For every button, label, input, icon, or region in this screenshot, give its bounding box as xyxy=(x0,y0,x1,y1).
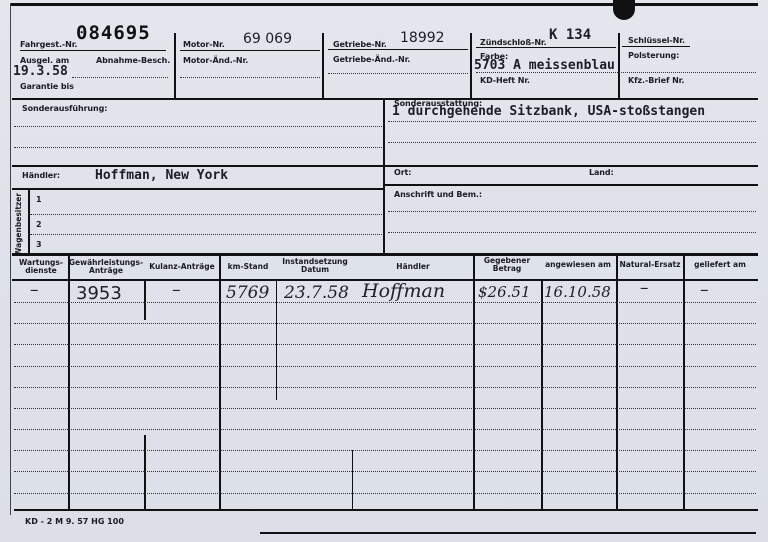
col-repair-date: Instandsetzung Datum xyxy=(278,258,352,274)
city-label: Ort: xyxy=(394,168,411,177)
bottom-rule xyxy=(260,532,756,534)
upholstery-label: Polsterung: xyxy=(628,51,679,60)
rule xyxy=(476,47,616,48)
ignition-label: Zündschloß-Nr. xyxy=(480,38,547,47)
rule xyxy=(180,50,320,51)
cell-dealer: Hoffman xyxy=(362,280,445,302)
divider xyxy=(12,165,758,167)
issued-date: 19.3.58 xyxy=(13,64,68,79)
cell-paid-on: 16.10.58 xyxy=(544,283,611,301)
dotted-rule xyxy=(14,302,756,303)
divider xyxy=(28,188,30,254)
left-border xyxy=(10,3,11,515)
divider xyxy=(174,33,176,99)
col-divider xyxy=(144,280,146,320)
owner-row-1: 1 xyxy=(36,195,41,204)
kd-booklet-label: KD-Heft Nr. xyxy=(480,76,530,85)
dotted-rule xyxy=(72,77,168,78)
registration-label: Kfz.-Brief Nr. xyxy=(628,76,684,85)
chassis-label: Fahrgest.-Nr. xyxy=(20,40,77,49)
vehicle-record-card: Fahrgest.-Nr. 084695 Ausgel. am Abnahme-… xyxy=(0,0,768,542)
col-dealer: Händler xyxy=(352,263,474,271)
gearbox-label: Getriebe-Nr. xyxy=(333,40,387,49)
dotted-rule xyxy=(14,147,382,148)
dotted-rule xyxy=(388,211,756,212)
dotted-rule xyxy=(14,344,756,345)
col-divider xyxy=(352,450,353,510)
divider xyxy=(12,188,384,190)
dotted-rule xyxy=(14,126,382,127)
special-version-label: Sonderausführung: xyxy=(22,104,107,113)
col-km: km-Stand xyxy=(220,263,276,271)
dotted-rule xyxy=(14,323,756,324)
key-label: Schlüssel-Nr. xyxy=(628,36,685,45)
warranty-label: Garantie bis xyxy=(20,82,74,91)
owner-row-2: 2 xyxy=(36,220,41,229)
divider xyxy=(12,253,758,256)
gearbox-number: 18992 xyxy=(400,30,445,46)
cell-service: – xyxy=(30,280,39,300)
divider xyxy=(12,98,758,100)
cell-km: 5769 xyxy=(226,283,269,303)
col-divider xyxy=(276,280,277,400)
color-value: 5703 A meissenblau xyxy=(474,58,615,73)
cell-warranty-claim: 3953 xyxy=(76,283,122,304)
cell-replacement: – xyxy=(640,278,649,298)
dotted-rule xyxy=(14,387,756,388)
col-service: Wartungs-dienste xyxy=(14,259,68,275)
engine-label: Motor-Nr. xyxy=(183,40,225,49)
col-divider xyxy=(541,280,543,510)
divider xyxy=(384,184,758,186)
cell-goodwill: – xyxy=(172,280,181,300)
dotted-rule xyxy=(388,142,756,143)
acceptance-label: Abnahme-Besch. xyxy=(96,56,170,65)
cell-repair-date: 23.7.58 xyxy=(284,283,349,303)
divider xyxy=(14,509,758,511)
country-label: Land: xyxy=(589,168,614,177)
col-amount: Gegebener Betrag xyxy=(474,257,540,273)
address-label: Anschrift und Bem.: xyxy=(394,190,482,199)
dotted-rule xyxy=(14,450,756,451)
dotted-rule xyxy=(476,72,756,73)
rule xyxy=(328,49,468,50)
col-warranty: Gewährleistungs-Anträge xyxy=(68,259,144,275)
engine-number: 69 069 xyxy=(243,31,292,47)
dotted-rule xyxy=(30,214,382,215)
col-delivered-on: geliefert am xyxy=(684,261,756,269)
ignition-number: K 134 xyxy=(549,27,591,43)
dotted-rule xyxy=(328,73,468,74)
cell-delivered-on: – xyxy=(700,280,709,300)
gearbox-change-label: Getriebe-Änd.-Nr. xyxy=(333,55,410,64)
special-equipment-value: 1 durchgehende Sitzbank, USA-stoßstangen xyxy=(392,104,705,119)
dotted-rule xyxy=(14,471,756,472)
divider xyxy=(322,33,324,99)
dotted-rule xyxy=(388,121,756,122)
col-divider xyxy=(144,435,146,510)
cell-amount: $26.51 xyxy=(478,283,531,301)
divider xyxy=(470,33,472,99)
dotted-rule xyxy=(14,429,756,430)
rule xyxy=(622,46,690,47)
owners-label: Wagenbesitzer xyxy=(14,196,26,256)
chassis-number: 084695 xyxy=(76,22,151,44)
dotted-rule xyxy=(180,77,320,78)
divider xyxy=(618,33,620,99)
dotted-rule xyxy=(14,366,756,367)
divider xyxy=(383,98,385,254)
rule xyxy=(20,50,166,51)
engine-change-label: Motor-Änd.-Nr. xyxy=(183,56,248,65)
col-replacement: Natural-Ersatz xyxy=(616,261,684,269)
col-paid-on: angewiesen am xyxy=(540,261,616,269)
dotted-rule xyxy=(388,232,756,233)
form-code: KD - 2 M 9. 57 HG 100 xyxy=(25,517,124,526)
owner-row-3: 3 xyxy=(36,240,41,249)
dotted-rule xyxy=(14,408,756,409)
dealer-label: Händler: xyxy=(22,171,60,180)
col-goodwill: Kulanz-Anträge xyxy=(144,263,220,271)
top-border xyxy=(10,3,758,6)
dotted-rule xyxy=(14,493,756,494)
dealer-value: Hoffman, New York xyxy=(95,168,228,183)
dotted-rule xyxy=(30,234,382,235)
